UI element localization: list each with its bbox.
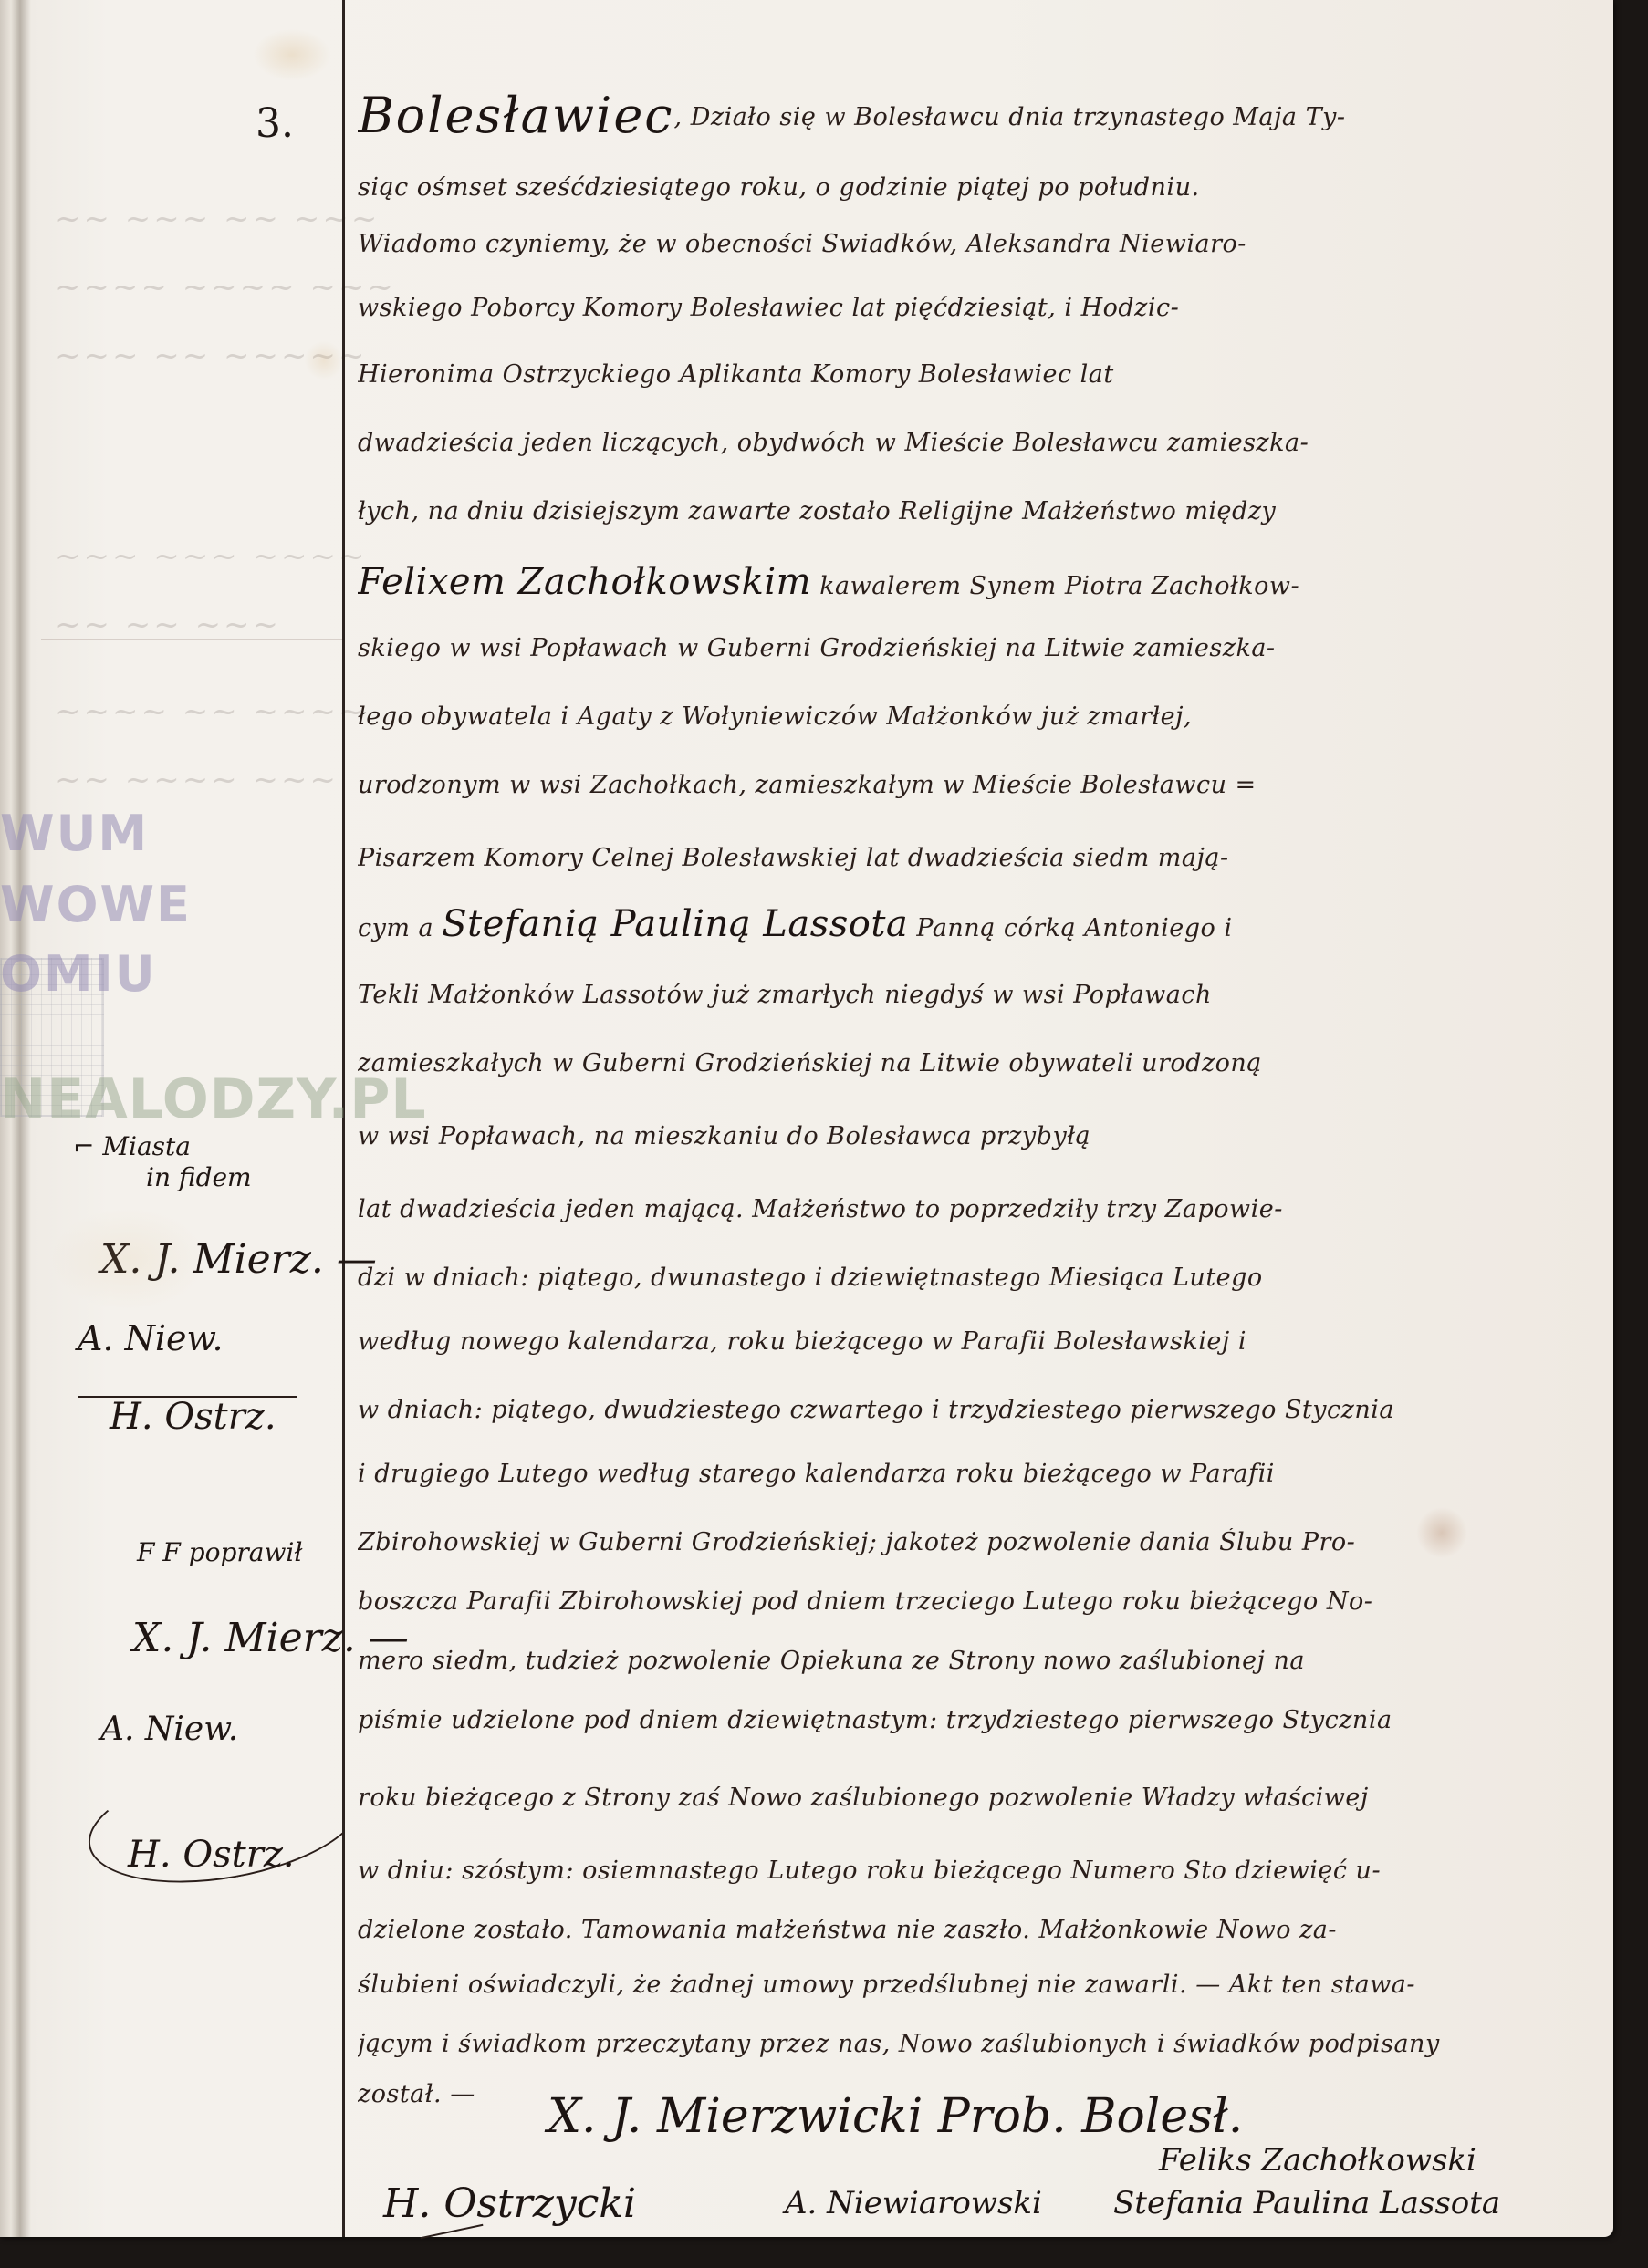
body-line: ślubieni oświadczyli, że żadnej umowy pr… — [358, 1971, 1580, 1999]
line-text: cym a — [358, 914, 442, 942]
body-line: jącym i świadkom przeczytany przez nas, … — [358, 2030, 1580, 2058]
body-line: dzielone zostało. Tamowania małżeństwa n… — [358, 1916, 1580, 1944]
bleed-text: ~~~ ~~~ ~~~~ — [55, 538, 368, 575]
place-heading: Bolesławiec — [358, 87, 674, 144]
body-line: Felixem Zachołkowskim kawalerem Synem Pi… — [358, 561, 1580, 603]
signature-priest: X. J. Mierzwicki Prob. Bolesł. — [548, 2089, 1243, 2144]
bleed-text: ~~ ~~~ ~~ ~~~ — [55, 201, 380, 237]
bleed-text: ~~ ~~ ~~~ — [55, 607, 281, 643]
register-page: ~~ ~~~ ~~ ~~~ ~~~~ ~~~~ ~~~ ~~~ ~~ ~~~~~… — [0, 0, 1613, 2237]
body-line: lat dwadzieścia jeden mającą. Małżeństwo… — [358, 1195, 1580, 1223]
margin-initials-witness-1: A. Niew. — [78, 1318, 224, 1358]
body-line: w dniach: piątego, dwudziestego czwarteg… — [358, 1396, 1580, 1424]
margin-note-corrected: F F poprawił — [137, 1537, 302, 1567]
signature-groom: Feliks Zachołkowski — [1159, 2142, 1476, 2179]
body-line: zamieszkałych w Guberni Grodzieńskiej na… — [358, 1049, 1580, 1077]
line-text: Panną córką Antoniego i — [908, 914, 1232, 942]
margin-initials-witness-2: H. Ostrz. — [110, 1396, 276, 1438]
body-line: Wiadomo czyniemy, że w obecności Swiadkó… — [358, 230, 1580, 258]
margin-rule — [342, 0, 345, 2237]
body-line: urodzonym w wsi Zachołkach, zamieszkałym… — [358, 771, 1580, 799]
body-line: wskiego Poborcy Komory Bolesławiec lat p… — [358, 294, 1580, 322]
line-text: kawalerem Synem Piotra Zachołkow- — [811, 572, 1299, 600]
margin-note-line: in fidem — [73, 1162, 252, 1193]
bleed-text: ~~~ ~~ ~~~~~ — [55, 338, 368, 374]
watermark-line: WOWE — [0, 876, 192, 933]
body-line: Tekli Małżonków Lassotów już zmarłych ni… — [358, 981, 1580, 1009]
body-line: i drugiego Lutego według starego kalenda… — [358, 1460, 1580, 1488]
signature-witness-2: H. Ostrzycki — [383, 2180, 636, 2227]
body-line: cym a Stefanią Pauliną Lassota Panną cór… — [358, 903, 1580, 945]
body-line: w dniu: szóstym: osiemnastego Lutego rok… — [358, 1857, 1580, 1885]
watermark-line: WUM — [0, 805, 149, 862]
body-line: dzi w dniach: piątego, dwunastego i dzie… — [358, 1264, 1580, 1292]
bleed-text: ~~ ~~~~ ~~~ — [55, 762, 339, 798]
groom-name: Felixem Zachołkowskim — [358, 561, 811, 603]
body-line: Bolesławiec, Działo się w Bolesławcu dni… — [358, 87, 1580, 144]
bleed-text: ~~~~ ~~ ~~~~ — [55, 693, 368, 730]
margin-note-line: ⌐ Miasta — [73, 1131, 252, 1162]
margin-initials-witness-1: A. Niew. — [100, 1711, 238, 1748]
archive-stamp-watermark — [0, 958, 104, 1117]
body-line: skiego w wsi Popławach w Guberni Grodzie… — [358, 634, 1580, 662]
body-line: roku bieżącego z Strony zaś Nowo zaślubi… — [358, 1784, 1580, 1812]
body-line: Pisarzem Komory Celnej Bolesławskiej lat… — [358, 844, 1580, 872]
margin-initials-priest: X. J. Mierz. — — [100, 1236, 377, 1283]
entry-number: 3. — [256, 100, 294, 147]
bride-name: Stefanią Pauliną Lassota — [442, 903, 908, 945]
margin-initials-priest: X. J. Mierz. — — [132, 1615, 409, 1661]
body-line: dwadzieścia jeden liczących, obydwóch w … — [358, 429, 1580, 457]
body-line: siąc ośmset sześćdziesiątego roku, o god… — [358, 173, 1580, 202]
margin-note-correction: ⌐ Miasta in fidem — [73, 1131, 252, 1193]
body-line: Hieronima Ostrzyckiego Aplikanta Komory … — [358, 360, 1580, 389]
line-text: , Działo się w Bolesławcu dnia trzynaste… — [674, 103, 1346, 131]
body-line: w wsi Popławach, na mieszkaniu do Bolesł… — [358, 1122, 1580, 1150]
signature-witness-1: A. Niewiarowski — [785, 2185, 1042, 2221]
body-line: według nowego kalendarza, roku bieżącego… — [358, 1327, 1580, 1356]
signature-flourish — [79, 1743, 372, 1902]
body-line: piśmie udzielone pod dniem dziewiętnasty… — [358, 1706, 1580, 1734]
body-line: łych, na dniu dzisiejszym zawarte został… — [358, 497, 1580, 525]
margin-initials-witness-2: H. Ostrz. — [128, 1834, 295, 1876]
body-line: mero siedm, tudzież pozwolenie Opiekuna … — [358, 1647, 1580, 1675]
body-line: łego obywatela i Agaty z Wołyniewiczów M… — [358, 702, 1580, 731]
body-line: Zbirohowskiej w Guberni Grodzieńskiej; j… — [358, 1528, 1580, 1556]
body-line: boszcza Parafii Zbirohowskiej pod dniem … — [358, 1587, 1580, 1616]
signature-bride: Stefania Paulina Lassota — [1113, 2185, 1500, 2221]
